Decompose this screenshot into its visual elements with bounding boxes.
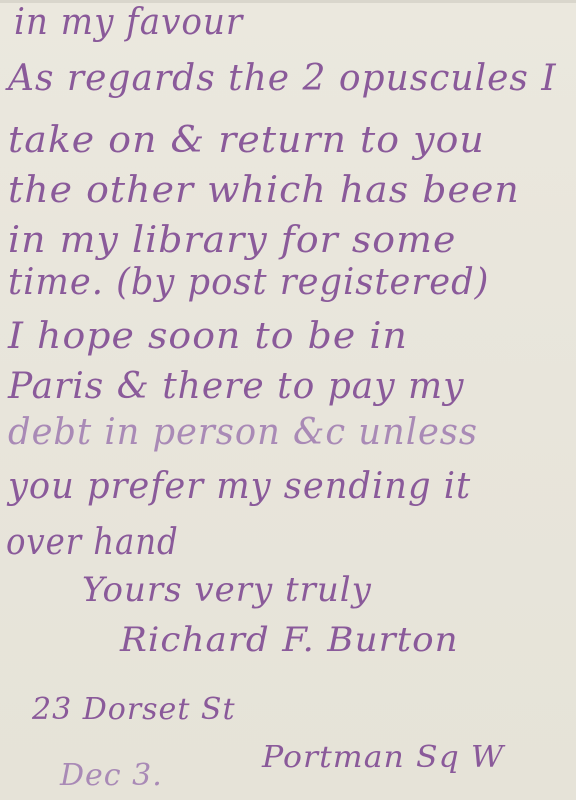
letter-line-3: take on & return to you <box>8 120 485 161</box>
letter-page: in my favour As regards the 2 opuscules … <box>0 0 576 800</box>
letter-line-7: I hope soon to be in <box>8 316 408 357</box>
letter-line-6: time. (by post registered) <box>8 262 489 303</box>
letter-line-11: over hand <box>6 522 179 563</box>
letter-line-4: the other which has been <box>8 170 520 211</box>
letter-line-9: debt in person &c unless <box>8 412 478 453</box>
letter-line-1: in my favour <box>14 2 243 43</box>
letter-signature: Richard F. Burton <box>120 620 459 660</box>
letter-closing: Yours very truly <box>82 570 372 610</box>
letter-line-2: As regards the 2 opuscules I <box>8 58 557 99</box>
letter-line-10: you prefer my sending it <box>8 466 471 507</box>
letter-line-8: Paris & there to pay my <box>8 366 464 407</box>
address-line-1: 23 Dorset St <box>32 692 236 727</box>
address-line-2: Portman Sq W <box>262 740 504 775</box>
letter-date: Dec 3. <box>60 758 163 793</box>
letter-line-5: in my library for some <box>8 220 456 261</box>
